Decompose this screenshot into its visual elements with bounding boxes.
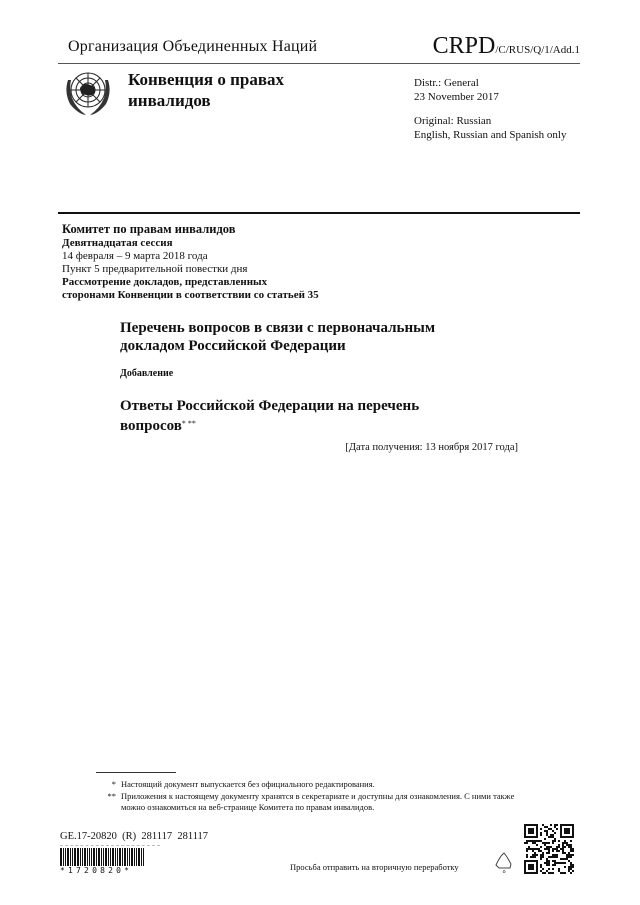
footnote-text: Приложения к настоящему документу хранят…	[121, 791, 516, 813]
barcode-bar	[67, 848, 69, 866]
footnote-mark: **	[96, 791, 121, 813]
barcode-bar	[122, 848, 123, 866]
document-date: 23 November 2017	[414, 90, 499, 104]
barcode-bar	[129, 848, 130, 866]
job-number-underline	[60, 845, 160, 847]
document-heading-line2: вопросов	[120, 418, 182, 434]
barcode-bar	[87, 848, 88, 866]
barcode-bar	[89, 848, 90, 866]
barcode-bar	[91, 848, 92, 866]
agenda-title-line1: Рассмотрение докладов, представленных	[62, 276, 319, 289]
document-title-line1: Перечень вопросов в связи с первоначальн…	[120, 319, 540, 337]
barcode-bar	[136, 848, 137, 866]
section-rule	[58, 212, 580, 214]
barcode-bar	[124, 848, 126, 866]
document-heading-line1: Ответы Российской Федерации на перечень	[120, 397, 540, 415]
qr-code-icon	[524, 824, 574, 874]
footnote-rule	[96, 772, 176, 773]
document-heading-line2-wrap: вопросов* **	[120, 415, 540, 435]
received-date: [Дата получения: 13 ноября 2017 года]	[345, 442, 518, 453]
agenda-title-line2: сторонами Конвенции в соответствии со ст…	[62, 289, 319, 302]
barcode-bar	[70, 848, 71, 866]
barcode-bar	[72, 848, 73, 866]
barcode-bar	[84, 848, 86, 866]
barcode-bar	[74, 848, 76, 866]
convention-title-line2: инвалидов	[128, 90, 284, 111]
barcode	[60, 848, 150, 866]
barcode-bar	[82, 848, 83, 866]
document-title: Перечень вопросов в связи с первоначальн…	[120, 319, 540, 355]
footnote-2: ** Приложения к настоящему документу хра…	[96, 791, 516, 813]
barcode-bar	[98, 848, 100, 866]
barcode-bar	[96, 848, 97, 866]
committee-name: Комитет по правам инвалидов	[62, 222, 319, 237]
footnote-marks[interactable]: * **	[182, 419, 196, 428]
document-symbol: CRPD/C/RUS/Q/1/Add.1	[433, 33, 580, 60]
barcode-bar	[134, 848, 135, 866]
symbol-main: CRPD	[433, 33, 496, 59]
barcode-bar	[115, 848, 116, 866]
barcode-bar	[110, 848, 111, 866]
barcode-bar	[93, 848, 95, 866]
barcode-bar	[65, 848, 66, 866]
un-emblem-icon	[62, 66, 114, 118]
barcode-bar	[77, 848, 79, 866]
document-heading: Ответы Российской Федерации на перечень …	[120, 397, 540, 435]
barcode-bar	[105, 848, 107, 866]
barcode-bar	[143, 848, 144, 866]
document-subtitle: Добавление	[120, 368, 173, 379]
footnote-1: * Настоящий документ выпускается без офи…	[96, 779, 516, 790]
barcode-bar	[112, 848, 114, 866]
barcode-bar	[108, 848, 109, 866]
svg-text:♻: ♻	[502, 869, 506, 874]
barcode-bar	[80, 848, 81, 866]
original-language: Original: Russian	[414, 114, 566, 128]
document-title-line2: докладом Российской Федерации	[120, 337, 540, 355]
session-info: Комитет по правам инвалидов Девятнадцата…	[62, 222, 319, 302]
recycle-icon: ♻	[494, 852, 514, 874]
distribution-block: Distr.: General 23 November 2017	[414, 76, 499, 104]
barcode-bar	[103, 848, 104, 866]
header-rule	[58, 63, 580, 64]
barcode-bar	[60, 848, 62, 866]
job-number: GE.17-20820 (R) 281117 281117	[60, 831, 208, 842]
distribution: Distr.: General	[414, 76, 499, 90]
session-name: Девятнадцатая сессия	[62, 237, 319, 250]
language-block: Original: Russian English, Russian and S…	[414, 114, 566, 142]
barcode-bar	[141, 848, 142, 866]
symbol-suffix: /C/RUS/Q/1/Add.1	[495, 44, 580, 56]
agenda-item: Пункт 5 предварительной повестки дня	[62, 263, 319, 276]
barcode-bar	[119, 848, 121, 866]
convention-title: Конвенция о правах инвалидов	[128, 69, 284, 111]
recycle-text: Просьба отправить на вторичную переработ…	[290, 862, 459, 872]
barcode-number: *1720820*	[60, 866, 132, 875]
organization-name: Организация Объединенных Наций	[68, 38, 317, 56]
convention-title-line1: Конвенция о правах	[128, 69, 284, 90]
barcode-bar	[127, 848, 128, 866]
footnote-text: Настоящий документ выпускается без офици…	[121, 779, 375, 790]
languages-available: English, Russian and Spanish only	[414, 128, 566, 142]
footnote-mark: *	[96, 779, 121, 790]
barcode-bar	[101, 848, 102, 866]
session-dates: 14 февраля – 9 марта 2018 года	[62, 250, 319, 263]
barcode-bar	[63, 848, 64, 866]
barcode-bar	[117, 848, 118, 866]
barcode-bar	[131, 848, 133, 866]
barcode-bar	[138, 848, 140, 866]
